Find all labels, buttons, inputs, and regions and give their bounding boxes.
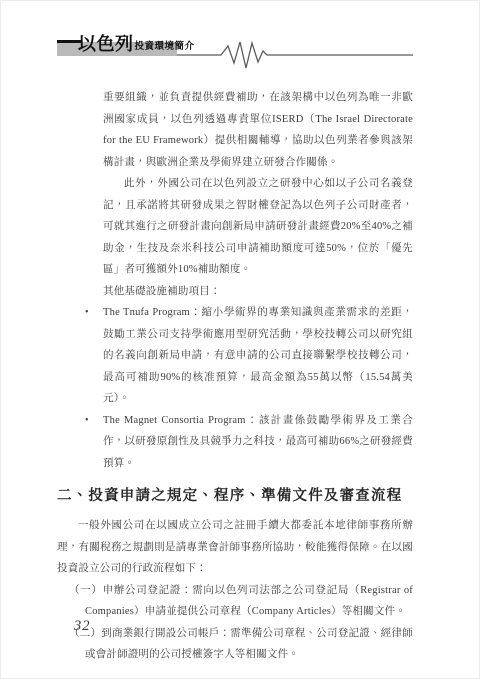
chapter-banner: 以色列 投資環境簡介 bbox=[57, 34, 413, 62]
bullet-icon: • bbox=[85, 302, 89, 324]
zigzag-rule-icon bbox=[177, 39, 413, 71]
list-item: • The Magnet Consortia Program：該計畫係鼓勵學術界… bbox=[103, 410, 413, 475]
procedure-step: （一）申辦公司登記證：需向以色列司法部之公司登記局（Registrar of C… bbox=[57, 580, 413, 623]
list-item: • The Tnufa Program：縮小學術界的專業知識與產業需求的差距，鼓… bbox=[103, 302, 413, 410]
page-body: 重要組織，並負責提供經費補助，在該架構中以色列為唯一非歐洲國家成員，以色列透過專… bbox=[57, 87, 413, 666]
procedure-step: （二）到商業銀行開設公司帳戶：需準備公司章程、公司登記證、經律師或會計師證明的公… bbox=[57, 623, 413, 666]
section-paragraph: 一般外國公司在以國成立公司之註冊手續大都委託本地律師事務所辦理，有關稅務之規劃則… bbox=[57, 515, 413, 580]
list-item-text: The Tnufa Program：縮小學術界的專業知識與產業需求的差距，鼓勵工… bbox=[103, 307, 413, 404]
document-page: 以色列 投資環境簡介 重要組織，並負責提供經費補助，在該架構中以色列為唯一非歐洲… bbox=[0, 0, 480, 679]
section-heading: 二、投資申請之規定、程序、準備文件及審查流程 bbox=[57, 485, 413, 507]
subsidy-program-list: • The Tnufa Program：縮小學術界的專業知識與產業需求的差距，鼓… bbox=[103, 302, 413, 474]
paragraph-continued: 重要組織，並負責提供經費補助，在該架構中以色列為唯一非歐洲國家成員，以色列透過專… bbox=[103, 87, 413, 173]
procedure-steps: （一）申辦公司登記證：需向以色列司法部之公司登記局（Registrar of C… bbox=[57, 580, 413, 666]
continued-section-block: 重要組織，並負責提供經費補助，在該架構中以色列為唯一非歐洲國家成員，以色列透過專… bbox=[103, 87, 413, 474]
page-number: 32 bbox=[74, 618, 91, 635]
list-item-text: The Magnet Consortia Program：該計畫係鼓勵學術界及工… bbox=[103, 415, 413, 469]
bullet-icon: • bbox=[85, 410, 89, 432]
paragraph-rd-center: 此外，外國公司在以色列設立之研發中心如以子公司名義登記，且承諾將其研發成果之智財… bbox=[103, 173, 413, 281]
chapter-title-main: 以色列 bbox=[78, 34, 134, 54]
list-intro-line: 其他基礎設施補助項目： bbox=[103, 281, 413, 303]
